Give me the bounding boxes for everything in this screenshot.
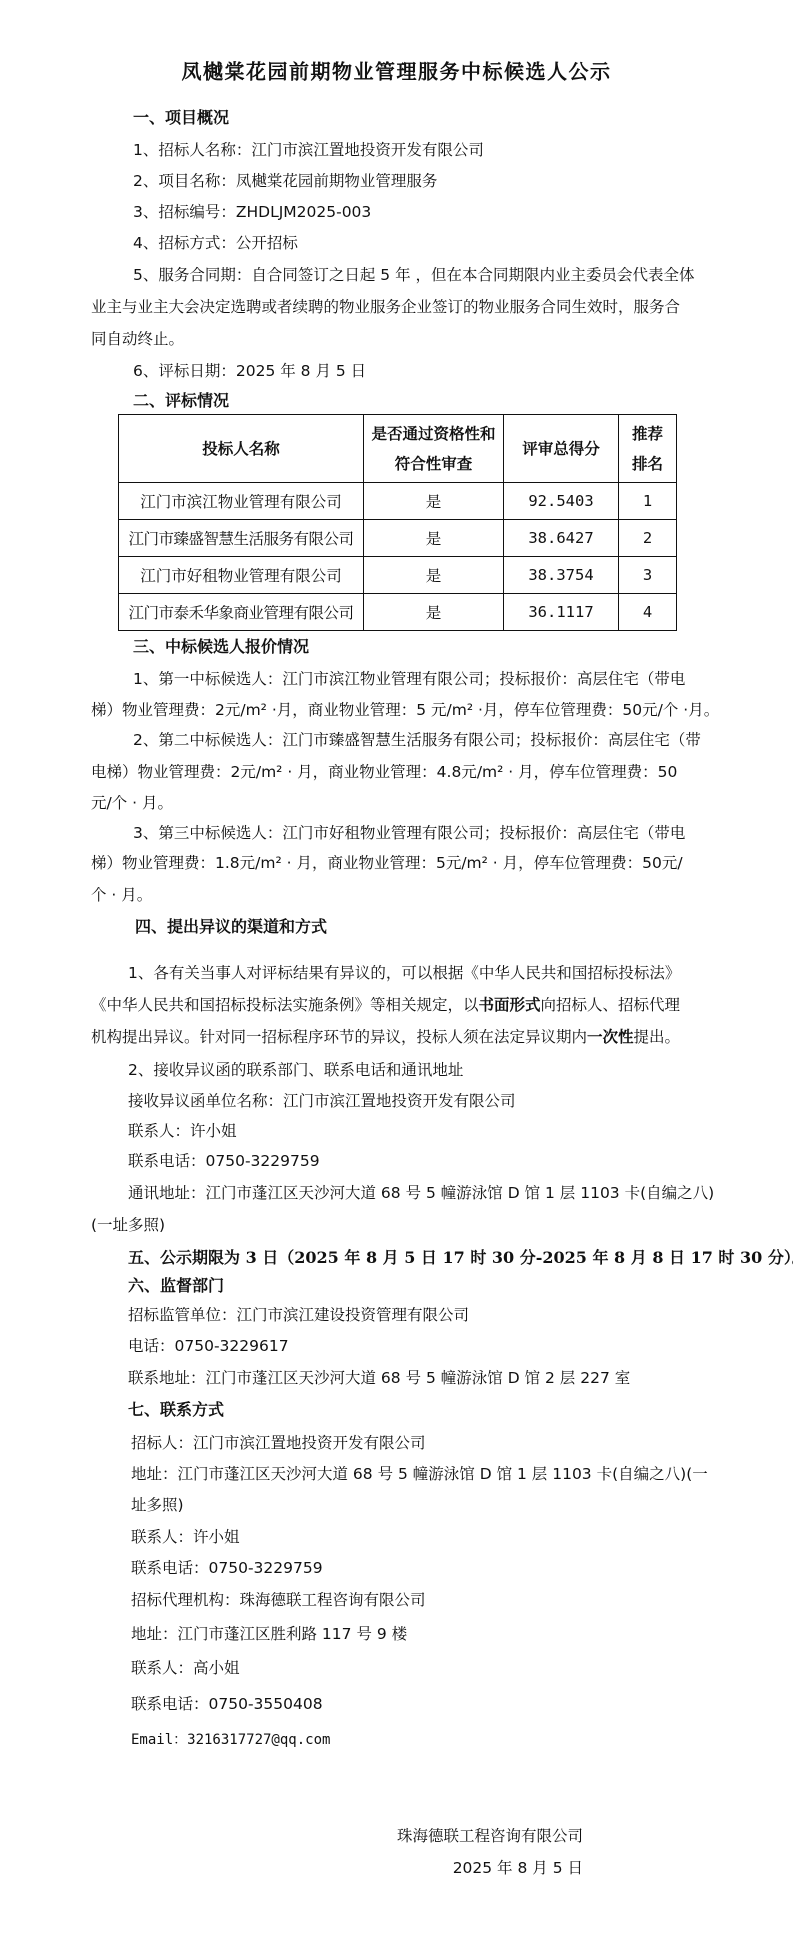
contact-person-2: 联系人：高小姐 xyxy=(131,1658,240,1678)
bidder-name: 江门市泰禾华象商业管理有限公司 xyxy=(119,594,364,631)
candidate-2-price-line: 元/个 · 月。 xyxy=(91,793,173,813)
total-score: 38.6427 xyxy=(504,520,619,557)
table-header-row: 投标人名称 是否通过资格性和符合性审查 评审总得分 推荐排名 xyxy=(119,415,677,483)
contact-phone-1: 联系电话：0750-3229759 xyxy=(131,1558,323,1578)
contract-period-line: 5、服务合同期：自合同签订之日起 5 年 ，但在本合同期限内业主委员会代表全体 xyxy=(133,265,695,285)
section-heading-evaluation: 二、评标情况 xyxy=(133,391,229,411)
page-title: 凤樾棠花园前期物业管理服务中标候选人公示 xyxy=(0,56,793,85)
qualified-status: 是 xyxy=(364,520,504,557)
contact-person-1: 联系人：许小姐 xyxy=(131,1527,240,1547)
rank: 1 xyxy=(619,483,677,520)
section-heading-supervision: 六、监督部门 xyxy=(128,1276,224,1296)
bidder-name: 江门市臻盛智慧生活服务有限公司 xyxy=(119,520,364,557)
bidder-name: 江门市滨江物业管理有限公司 xyxy=(119,483,364,520)
qualified-status: 是 xyxy=(364,594,504,631)
supervision-address: 联系地址：江门市蓬江区天沙河大道 68 号 5 幢游泳馆 D 馆 2 层 227… xyxy=(128,1368,630,1388)
candidate-3-price-line: 个 · 月。 xyxy=(91,885,152,905)
objection-text: 提出。 xyxy=(634,1028,681,1046)
qualified-status: 是 xyxy=(364,483,504,520)
section-heading-bid-prices: 三、中标候选人报价情况 xyxy=(133,637,309,657)
objection-receiving-unit: 接收异议函单位名称：江门市滨江置地投资开发有限公司 xyxy=(128,1091,516,1111)
contact-phone-2: 联系电话：0750-3550408 xyxy=(131,1694,323,1714)
objection-contact-heading: 2、接收异议函的联系部门、联系电话和通讯地址 xyxy=(128,1060,463,1080)
project-name-item: 2、项目名称：凤樾棠花园前期物业管理服务 xyxy=(133,171,437,191)
candidate-1-price-line: 1、第一中标候选人：江门市滨江物业管理有限公司；投标报价：高层住宅（带电 xyxy=(133,669,685,689)
section-heading-project-overview: 一、项目概况 xyxy=(133,108,229,128)
signature-company: 珠海德联工程咨询有限公司 xyxy=(397,1824,583,1846)
qualified-status: 是 xyxy=(364,557,504,594)
rank: 2 xyxy=(619,520,677,557)
contact-tenderer-address: 址多照) xyxy=(131,1495,184,1515)
candidate-3-price-line: 梯）物业管理费：1.8元/m² · 月，商业物业管理：5元/m² · 月，停车位… xyxy=(91,853,683,873)
tender-method-item: 4、招标方式：公开招标 xyxy=(133,233,298,253)
bidder-name: 江门市好租物业管理有限公司 xyxy=(119,557,364,594)
contact-email: Email：3216317727@qq.com xyxy=(131,1730,330,1750)
evaluation-date-item: 6、评标日期：2025 年 8 月 5 日 xyxy=(133,361,366,381)
total-score: 36.1117 xyxy=(504,594,619,631)
contract-period-line: 业主与业主大会决定选聘或者续聘的物业服务企业签订的物业服务合同生效时，服务合 xyxy=(91,297,680,317)
section-heading-contact: 七、联系方式 xyxy=(128,1400,224,1420)
section-heading-objections: 四、提出异议的渠道和方式 xyxy=(135,917,327,937)
candidate-1-price-line: 梯）物业管理费：2元/m² ·月，商业物业管理：5 元/m² ·月，停车位管理费… xyxy=(91,700,719,720)
contact-agency: 招标代理机构：珠海德联工程咨询有限公司 xyxy=(131,1590,426,1610)
candidate-2-price-line: 电梯）物业管理费：2元/m² · 月，商业物业管理：4.8元/m² · 月，停车… xyxy=(91,762,677,782)
bid-results-table: 投标人名称 是否通过资格性和符合性审查 评审总得分 推荐排名 江门市滨江物业管理… xyxy=(118,414,677,631)
contact-agency-address: 地址：江门市蓬江区胜利路 117 号 9 楼 xyxy=(131,1624,407,1644)
rank: 3 xyxy=(619,557,677,594)
objection-text: 机构提出异议。针对同一招标程序环节的异议，投标人须在法定异议期内 xyxy=(91,1028,587,1046)
section-heading-publicity-period: 五、公示期限为 3 日（2025 年 8 月 5 日 17 时 30 分-202… xyxy=(128,1248,793,1268)
objection-text: 《中华人民共和国招标投标法实施条例》等相关规定，以 xyxy=(91,996,479,1014)
supervision-phone: 电话：0750-3229617 xyxy=(128,1336,289,1356)
signature-date: 2025 年 8 月 5 日 xyxy=(453,1856,583,1878)
header-total-score: 评审总得分 xyxy=(504,415,619,483)
tender-number-item: 3、招标编号：ZHDLJM2025-003 xyxy=(133,202,371,222)
rank: 4 xyxy=(619,594,677,631)
total-score: 38.3754 xyxy=(504,557,619,594)
objection-phone: 联系电话：0750-3229759 xyxy=(128,1151,320,1171)
tenderer-name-item: 1、招标人名称：江门市滨江置地投资开发有限公司 xyxy=(133,140,484,160)
objection-paragraph-line: 机构提出异议。针对同一招标程序环节的异议，投标人须在法定异议期内一次性提出。 xyxy=(91,1027,680,1047)
objection-paragraph-line: 《中华人民共和国招标投标法实施条例》等相关规定，以书面形式向招标人、招标代理 xyxy=(91,995,680,1015)
total-score: 92.5403 xyxy=(504,483,619,520)
supervision-unit: 招标监管单位：江门市滨江建设投资管理有限公司 xyxy=(128,1305,469,1325)
header-rank: 推荐排名 xyxy=(619,415,677,483)
table-row: 江门市臻盛智慧生活服务有限公司 是 38.6427 2 xyxy=(119,520,677,557)
objection-address: 通讯地址：江门市蓬江区天沙河大道 68 号 5 幢游泳馆 D 馆 1 层 110… xyxy=(128,1183,714,1203)
emphasis-written-form: 书面形式 xyxy=(479,995,541,1014)
contract-period-line: 同自动终止。 xyxy=(91,329,184,349)
contact-tenderer-address: 地址：江门市蓬江区天沙河大道 68 号 5 幢游泳馆 D 馆 1 层 1103 … xyxy=(131,1464,708,1484)
candidate-2-price-line: 2、第二中标候选人：江门市臻盛智慧生活服务有限公司；投标报价：高层住宅（带 xyxy=(133,730,701,750)
objection-paragraph-line: 1、各有关当事人对评标结果有异议的，可以根据《中华人民共和国招标投标法》 xyxy=(128,963,680,983)
header-qualification: 是否通过资格性和符合性审查 xyxy=(364,415,504,483)
objection-text: 向招标人、招标代理 xyxy=(541,996,681,1014)
header-bidder-name: 投标人名称 xyxy=(119,415,364,483)
contact-tenderer: 招标人：江门市滨江置地投资开发有限公司 xyxy=(131,1433,426,1453)
objection-contact-person: 联系人：许小姐 xyxy=(128,1121,237,1141)
table-row: 江门市泰禾华象商业管理有限公司 是 36.1117 4 xyxy=(119,594,677,631)
objection-address: (一址多照) xyxy=(91,1215,165,1235)
table-row: 江门市好租物业管理有限公司 是 38.3754 3 xyxy=(119,557,677,594)
emphasis-one-time: 一次性 xyxy=(587,1027,634,1046)
candidate-3-price-line: 3、第三中标候选人：江门市好租物业管理有限公司；投标报价：高层住宅（带电 xyxy=(133,823,685,843)
table-row: 江门市滨江物业管理有限公司 是 92.5403 1 xyxy=(119,483,677,520)
